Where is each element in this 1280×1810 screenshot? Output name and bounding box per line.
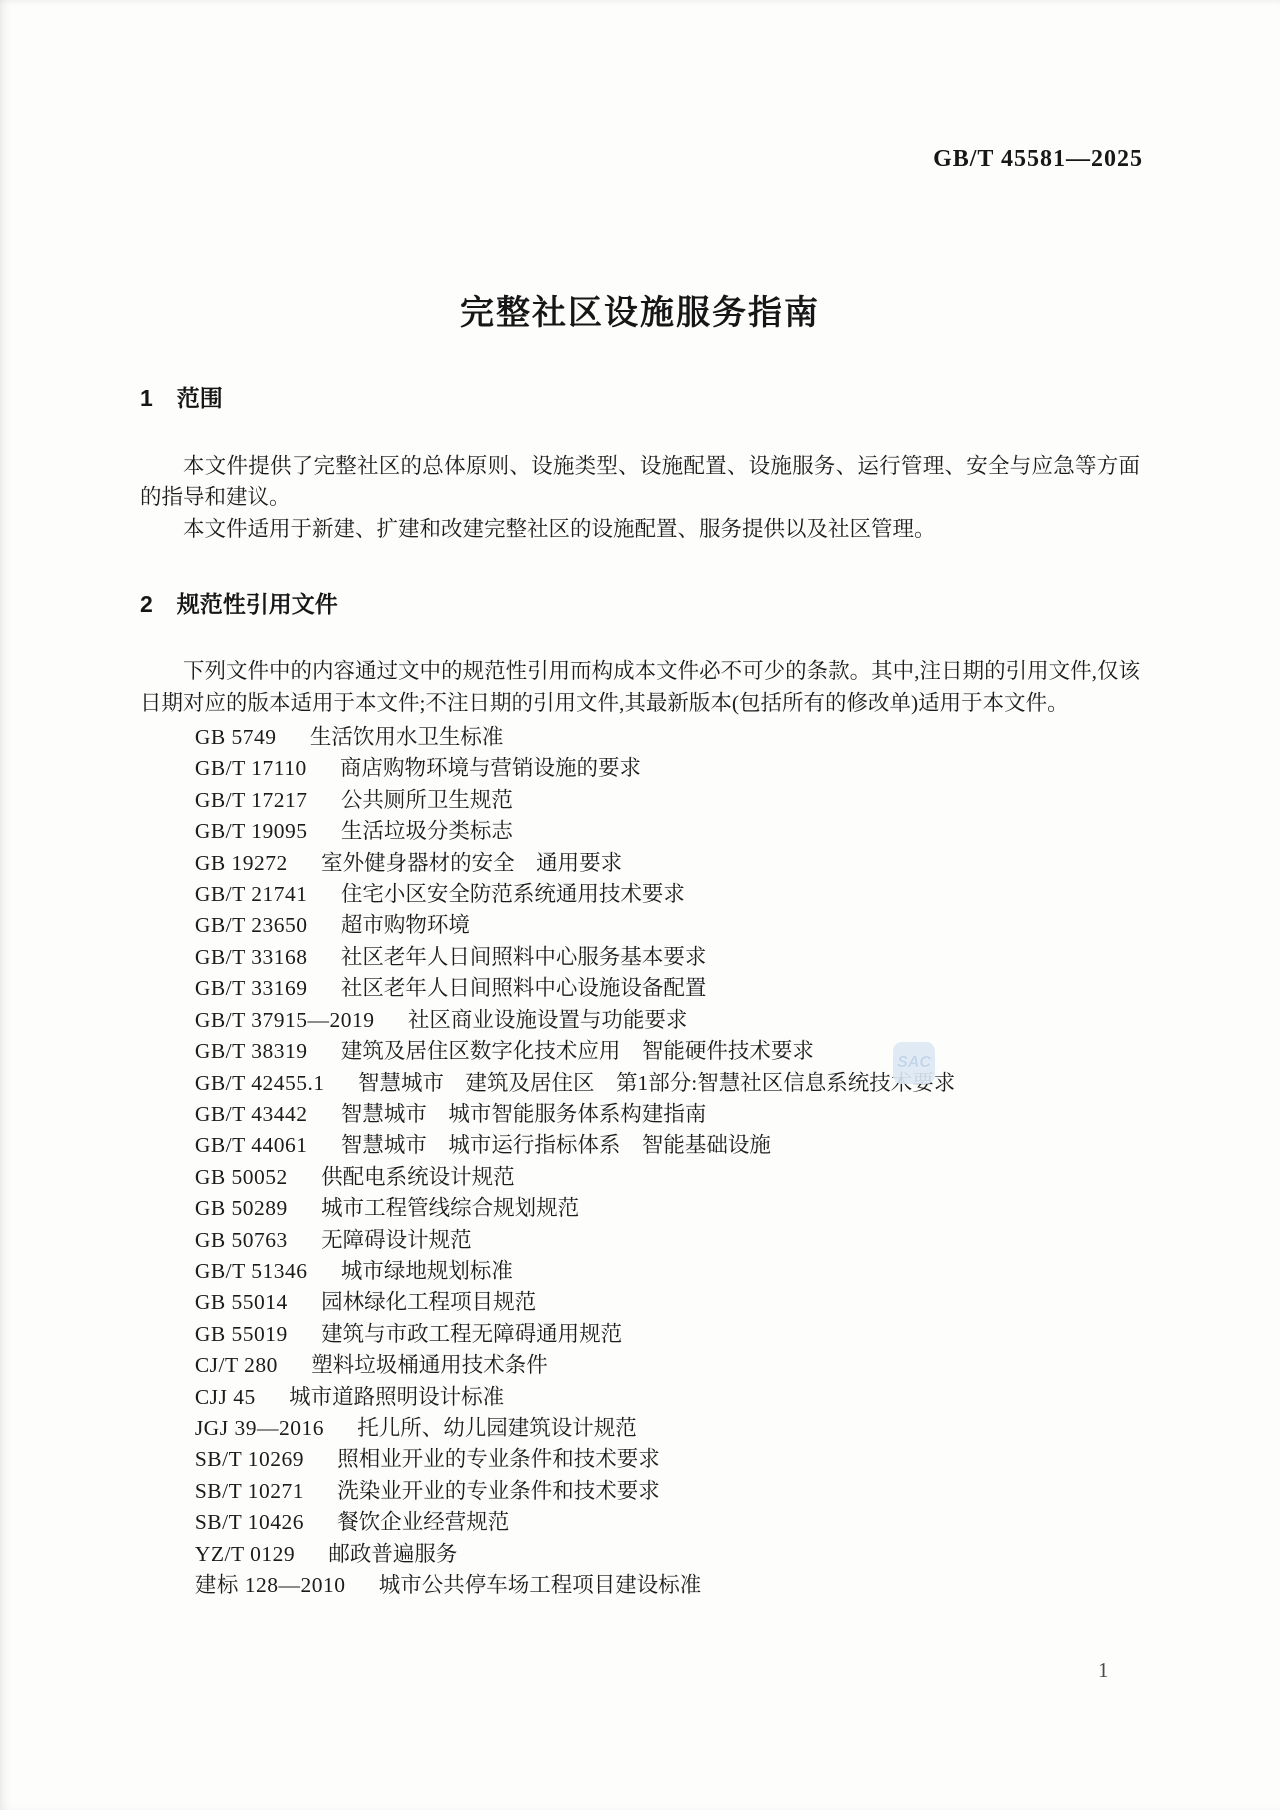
- reference-title: 建筑与市政工程无障碍通用规范: [321, 1322, 622, 1346]
- reference-title: 邮政普遍服务: [328, 1542, 457, 1566]
- section-title: 规范性引用文件: [177, 591, 338, 617]
- reference-code: GB/T 17217: [195, 788, 308, 812]
- sac-watermark-text: SAC: [897, 1054, 931, 1072]
- reference-item: GB/T 33169社区老年人日间照料中心设施设备配置: [140, 973, 1140, 1004]
- reference-item: YZ/T 0129邮政普遍服务: [140, 1539, 1140, 1570]
- reference-item: GB/T 33168社区老年人日间照料中心服务基本要求: [140, 942, 1140, 973]
- reference-item: JGJ 39—2016托儿所、幼儿园建筑设计规范: [140, 1413, 1140, 1444]
- document-page: GB/T 45581—2025 完整社区设施服务指南 1范围 本文件提供了完整社…: [0, 0, 1280, 1810]
- reference-item: GB/T 38319建筑及居住区数字化技术应用 智能硬件技术要求: [140, 1036, 1140, 1067]
- reference-item: GB 55019建筑与市政工程无障碍通用规范: [140, 1319, 1140, 1350]
- reference-title: 公共厕所卫生规范: [341, 788, 513, 812]
- reference-code: SB/T 10271: [195, 1479, 304, 1503]
- section-number: 2: [140, 591, 153, 618]
- reference-item: GB/T 43442智慧城市 城市智能服务体系构建指南: [140, 1099, 1140, 1130]
- reference-item: GB 55014园林绿化工程项目规范: [140, 1287, 1140, 1318]
- standard-number-header: GB/T 45581—2025: [933, 146, 1143, 173]
- reference-item: GB 5749生活饮用水卫生标准: [140, 722, 1140, 753]
- reference-title: 城市公共停车场工程项目建设标准: [379, 1573, 702, 1597]
- reference-code: GB 55014: [195, 1290, 288, 1314]
- reference-title: 托儿所、幼儿园建筑设计规范: [357, 1416, 637, 1440]
- reference-title: 社区商业设施设置与功能要求: [408, 1008, 688, 1032]
- reference-code: GB/T 21741: [195, 882, 308, 906]
- reference-title: 照相业开业的专业条件和技术要求: [337, 1447, 660, 1471]
- reference-item: GB/T 51346城市绿地规划标准: [140, 1256, 1140, 1287]
- reference-title: 生活垃圾分类标志: [341, 819, 513, 843]
- reference-item: GB/T 17217公共厕所卫生规范: [140, 785, 1140, 816]
- reference-item: GB/T 37915—2019社区商业设施设置与功能要求: [140, 1005, 1140, 1036]
- section-heading-scope: 1范围: [140, 380, 1140, 413]
- document-body: 1范围 本文件提供了完整社区的总体原则、设施类型、设施配置、设施服务、运行管理、…: [140, 380, 1140, 1601]
- reference-code: GB 50289: [195, 1196, 288, 1220]
- reference-code: GB/T 37915—2019: [195, 1008, 375, 1032]
- paragraph: 本文件适用于新建、扩建和改建完整社区的设施配置、服务提供以及社区管理。: [140, 514, 1140, 545]
- reference-item: GB/T 44061智慧城市 城市运行指标体系 智能基础设施: [140, 1130, 1140, 1161]
- reference-item: GB 50763无障碍设计规范: [140, 1225, 1140, 1256]
- reference-item: 建标 128—2010城市公共停车场工程项目建设标准: [140, 1570, 1140, 1601]
- reference-title: 商店购物环境与营销设施的要求: [340, 756, 641, 780]
- reference-list: GB 5749生活饮用水卫生标准 GB/T 17110商店购物环境与营销设施的要…: [140, 722, 1140, 1601]
- reference-title: 城市工程管线综合规划规范: [321, 1196, 579, 1220]
- reference-item: GB/T 19095生活垃圾分类标志: [140, 816, 1140, 847]
- reference-title: 无障碍设计规范: [321, 1228, 472, 1252]
- reference-code: GB/T 19095: [195, 819, 308, 843]
- reference-code: GB/T 33169: [195, 976, 308, 1000]
- section-scope-paragraphs: 本文件提供了完整社区的总体原则、设施类型、设施配置、设施服务、运行管理、安全与应…: [140, 451, 1140, 545]
- reference-title: 社区老年人日间照料中心服务基本要求: [341, 945, 707, 969]
- reference-item: SB/T 10271洗染业开业的专业条件和技术要求: [140, 1476, 1140, 1507]
- reference-title: 城市道路照明设计标准: [289, 1385, 504, 1409]
- reference-title: 城市绿地规划标准: [341, 1259, 513, 1283]
- reference-item: CJJ 45城市道路照明设计标准: [140, 1382, 1140, 1413]
- reference-item: GB 50052供配电系统设计规范: [140, 1162, 1140, 1193]
- reference-code: JGJ 39—2016: [195, 1416, 324, 1440]
- page-title: 完整社区设施服务指南: [0, 285, 1280, 334]
- page-number: 1: [1098, 1658, 1109, 1683]
- reference-title: 建筑及居住区数字化技术应用 智能硬件技术要求: [341, 1039, 814, 1063]
- reference-code: GB 5749: [195, 725, 277, 749]
- paragraph: 下列文件中的内容通过文中的规范性引用而构成本文件必不可少的条款。其中,注日期的引…: [140, 656, 1140, 719]
- section-number: 1: [140, 385, 153, 412]
- section-heading-normative-references: 2规范性引用文件: [140, 586, 1140, 619]
- reference-item: CJ/T 280塑料垃圾桶通用技术条件: [140, 1350, 1140, 1381]
- reference-code: 建标 128—2010: [195, 1573, 346, 1597]
- reference-code: GB/T 42455.1: [195, 1071, 325, 1095]
- reference-item: GB/T 17110商店购物环境与营销设施的要求: [140, 753, 1140, 784]
- reference-code: SB/T 10269: [195, 1447, 304, 1471]
- reference-code: SB/T 10426: [195, 1510, 304, 1534]
- reference-code: GB/T 51346: [195, 1259, 308, 1283]
- reference-title: 园林绿化工程项目规范: [321, 1290, 536, 1314]
- reference-code: YZ/T 0129: [195, 1542, 295, 1566]
- reference-code: GB/T 23650: [195, 913, 308, 937]
- reference-code: GB 19272: [195, 851, 288, 875]
- sac-watermark-logo: SAC: [893, 1042, 935, 1084]
- reference-title: 超市购物环境: [341, 913, 470, 937]
- reference-item: SB/T 10426餐饮企业经营规范: [140, 1507, 1140, 1538]
- reference-code: GB/T 43442: [195, 1102, 308, 1126]
- reference-item: GB 19272室外健身器材的安全 通用要求: [140, 848, 1140, 879]
- paragraph: 本文件提供了完整社区的总体原则、设施类型、设施配置、设施服务、运行管理、安全与应…: [140, 451, 1140, 514]
- reference-title: 住宅小区安全防范系统通用技术要求: [341, 882, 685, 906]
- reference-code: GB/T 38319: [195, 1039, 308, 1063]
- reference-title: 智慧城市 城市运行指标体系 智能基础设施: [341, 1133, 771, 1157]
- reference-title: 智慧城市 城市智能服务体系构建指南: [341, 1102, 707, 1126]
- reference-title: 洗染业开业的专业条件和技术要求: [337, 1479, 660, 1503]
- reference-title: 塑料垃圾桶通用技术条件: [311, 1353, 548, 1377]
- reference-code: GB 50763: [195, 1228, 288, 1252]
- section-references-paragraphs: 下列文件中的内容通过文中的规范性引用而构成本文件必不可少的条款。其中,注日期的引…: [140, 656, 1140, 719]
- reference-code: GB/T 44061: [195, 1133, 308, 1157]
- reference-item: GB 50289城市工程管线综合规划规范: [140, 1193, 1140, 1224]
- reference-title: 供配电系统设计规范: [321, 1165, 515, 1189]
- section-title: 范围: [177, 385, 223, 411]
- reference-item: GB/T 21741住宅小区安全防范系统通用技术要求: [140, 879, 1140, 910]
- reference-title: 智慧城市 建筑及居住区 第1部分:智慧社区信息系统技术要求: [358, 1071, 955, 1095]
- reference-code: CJJ 45: [195, 1385, 256, 1409]
- reference-title: 室外健身器材的安全 通用要求: [321, 851, 622, 875]
- reference-code: GB 50052: [195, 1165, 288, 1189]
- reference-title: 生活饮用水卫生标准: [310, 725, 504, 749]
- reference-item: GB/T 23650超市购物环境: [140, 910, 1140, 941]
- reference-code: GB 55019: [195, 1322, 288, 1346]
- reference-code: GB/T 33168: [195, 945, 308, 969]
- reference-item: SB/T 10269照相业开业的专业条件和技术要求: [140, 1444, 1140, 1475]
- reference-code: CJ/T 280: [195, 1353, 278, 1377]
- reference-code: GB/T 17110: [195, 756, 307, 780]
- reference-title: 餐饮企业经营规范: [337, 1510, 509, 1534]
- reference-item: GB/T 42455.1智慧城市 建筑及居住区 第1部分:智慧社区信息系统技术要…: [140, 1068, 1140, 1099]
- reference-title: 社区老年人日间照料中心设施设备配置: [341, 976, 707, 1000]
